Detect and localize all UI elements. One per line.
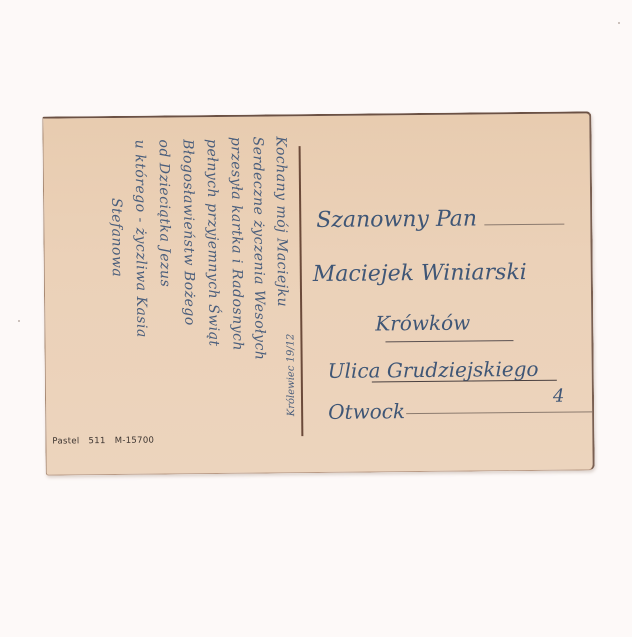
publisher-code: M-15700 [115,436,155,446]
message-line: Błogosławieństw Bożego [180,139,198,326]
publisher-brand: Pastel [52,436,79,446]
message-line: pełnych przyjemnych Świąt [204,139,222,347]
message-line: u którego - życzliwa Kasia [132,140,150,338]
publisher-mark: Pastel 511 M-15700 [52,436,160,447]
address-street: Ulica Grudziejskiego [328,357,539,383]
dust-speck [18,320,20,322]
message-date: Królewiec 19/12 [285,334,297,417]
address-rule [484,224,564,226]
publisher-number: 511 [88,436,105,446]
message-line: Kochany mój Maciejku [272,136,290,307]
signature: Stefanowa [108,198,125,277]
postcard-back: Kochany mój Maciejku Serdeczne życzenia … [42,111,594,475]
dust-speck [618,22,620,24]
message-line: przesyła kartka i Radosnych [227,137,245,351]
address-name: Maciejek Winiarski [313,260,527,287]
message-area: Kochany mój Maciejku Serdeczne życzenia … [43,126,301,448]
message-line: Serdeczne życzenia Wesołych [249,137,267,361]
address-number: 4 [553,386,565,407]
address-rule [385,340,513,342]
message-line: od Dzieciątka Jezus [156,139,173,287]
address-city: Otwock [328,399,405,424]
address-town: Krówków [375,311,470,336]
address-salutation: Szanowny Pan [316,206,477,233]
address-rule [406,411,592,414]
